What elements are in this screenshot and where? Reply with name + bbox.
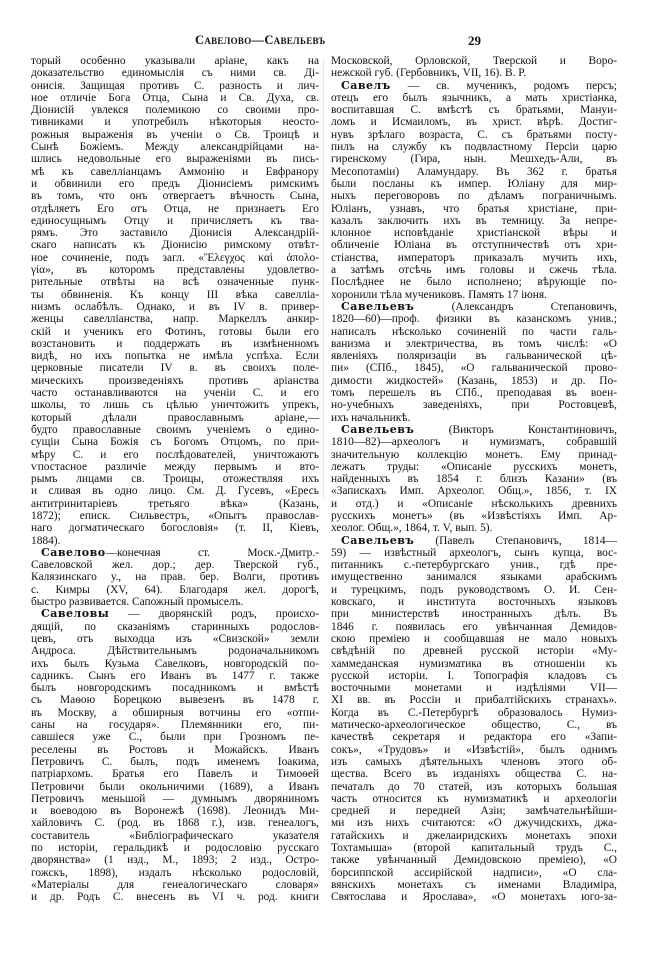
- text-line: Петровичъ С. былъ, подъ именемъ Іоакима,: [31, 756, 319, 768]
- column-divider: [323, 58, 324, 498]
- text-line: воспитавшая С. вмѣстѣ съ братьями, Мануи…: [331, 104, 617, 116]
- line-text: «Запискахъ Имп. Археолог. Общ.», 1856, т…: [331, 485, 617, 497]
- page-number: 29: [468, 33, 481, 49]
- line-text: скаго написать къ Діонисію римскому отвѣ…: [31, 239, 319, 251]
- text-line: въ Москву, а обширныя вотчины его «отпи-: [31, 707, 319, 719]
- line-text: гожскъ, 1898), издалъ нѣсколько родослов…: [31, 867, 319, 879]
- line-text: хайловичъ С. (род. въ 1868 г.), изв. ген…: [31, 817, 319, 829]
- line-text: Андроса. Дѣйствительнымъ родоначальником…: [31, 645, 319, 657]
- line-text: садникъ. Сынъ его Иванъ въ 1477 г. также: [31, 670, 319, 682]
- text-line: который дѣлали православнымъ аріане,—: [31, 412, 319, 424]
- text-line: ломъ и Исмаиломъ, въ христ. вѣрѣ. Достиг…: [331, 116, 617, 128]
- line-text: написалъ нѣсколько сочиненій по части га…: [331, 326, 617, 338]
- line-text: «Матеріалы для генеалогическаго словаря»: [31, 879, 319, 891]
- line-text: гиренскому (Гира, нын. Мешхедъ-Али, въ: [331, 153, 617, 165]
- text-line: онисія. Защищая противъ С. разность и ли…: [31, 80, 319, 92]
- text-line: гиренскому (Гира, нын. Мешхедъ-Али, въ: [331, 153, 617, 165]
- entry-headword: Савелово: [41, 546, 106, 559]
- text-line: средней и передней Азіи; замѣчательнѣйши…: [331, 805, 617, 817]
- text-line: мическихъ произведеніяхъ противъ аріанст…: [31, 375, 319, 387]
- text-line: видѣ, но ихъ попытка не имѣла успѣха. Ес…: [31, 350, 319, 362]
- line-text: —конечная ст. Моск.-Дмитр.-: [106, 547, 319, 559]
- text-line: отецъ его былъ язычникъ, а мать христіан…: [331, 92, 617, 104]
- line-text: торый особенно указывали аріане, какъ на: [31, 55, 319, 67]
- line-text: печаталъ до 70 статей, изъ которыхъ боль…: [331, 781, 617, 793]
- entry-headword: Савелъ: [341, 79, 391, 92]
- line-text: дящій, по сказаніямъ старинныхъ родослов…: [31, 621, 319, 633]
- line-text: шлись недовольные его выраженіями въ пис…: [31, 153, 319, 165]
- line-text: дворянства» (1 изд., М., 1893; 2 изд., О…: [31, 854, 319, 866]
- line-text: женцы савелліанства, напр. Маркеллъ анки…: [31, 313, 319, 325]
- text-line: составитель «Библіографическаго указател…: [31, 830, 319, 842]
- text-line: томъ перешелъ въ СПб., преподавая въ вое…: [331, 387, 617, 399]
- text-line: лежатъ труды: «Описаніе русскихъ монетъ,: [331, 461, 617, 473]
- text-line: доказательство единомыслія съ ними св. Д…: [31, 67, 319, 79]
- line-text: (Александръ Степановичъ,: [414, 301, 617, 313]
- line-text: скій и ученикъ его Фотинъ, готовы были е…: [31, 326, 319, 338]
- text-line: школы, то лишь съ цѣлью уничтожить упрек…: [31, 399, 319, 411]
- text-line: качествѣ секретаря и редактора его «Запи…: [331, 731, 617, 743]
- text-line: димости жидкостей» (Казань, 1853) и др. …: [331, 375, 617, 387]
- text-line: Тохтамыша» (второй капитальный трудъ С.,: [331, 842, 617, 854]
- text-line: имущественно занимался языками арабскимъ: [331, 571, 617, 583]
- text-line: ты обвиненія. Къ концу III вѣка савелліа…: [31, 289, 319, 301]
- text-line: патріархомъ. Братья его Павелъ и Тимоѳей: [31, 768, 319, 780]
- text-line: Московской, Орловской, Тверской и Воро-: [331, 55, 617, 67]
- text-line: 1846 г. появилась его увѣнчанная Демидов…: [331, 621, 617, 633]
- text-line: ковскаго, и института восточныхъ языковъ: [331, 596, 617, 608]
- line-text: пи» (СПб., 1845), «О гальванической пров…: [331, 362, 617, 374]
- line-text: отецъ его былъ язычникъ, а мать христіан…: [331, 92, 617, 104]
- text-line: свѣдѣній по древней русской исторіи «Му-: [331, 645, 617, 657]
- line-text: найденныхъ въ 1854 г. близъ Казани» (въ: [331, 473, 617, 485]
- text-line: гатайскихъ и джелаиридскихъ монетахъ эпо…: [331, 830, 617, 842]
- text-line: въ томъ, что онъ отвергаетъ вѣчность Сын…: [31, 190, 319, 202]
- text-line: сокъ», «Трудовъ» и «Извѣстій», былъ одни…: [331, 744, 617, 756]
- text-line: и обвинили его предъ Діонисіемъ римскимъ: [31, 178, 319, 190]
- text-line: 1820—60)—проф. физики въ казанскомъ унив…: [331, 313, 617, 325]
- text-line: цевъ, отъ выходца изъ «Свизской» земли: [31, 633, 319, 645]
- text-line: скій и ученикъ его Фотинъ, готовы были е…: [31, 326, 319, 338]
- line-text: Тохтамыша» (второй капитальный трудъ С.,: [331, 842, 617, 854]
- text-line: савшіеся уже С., были при Грозномъ пе-: [31, 731, 319, 743]
- text-line: садникъ. Сынъ его Иванъ въ 1477 г. также: [31, 670, 319, 682]
- line-text: средней и передней Азіи; замѣчательнѣйши…: [331, 805, 617, 817]
- line-text: часто останавливаются на ученіи С. и его: [31, 387, 319, 399]
- text-line: единосущнымъ Отцу и причисляетъ къ тва-: [31, 215, 319, 227]
- line-text: скою преміею и сообщавшая не мало новыхъ: [331, 633, 617, 645]
- line-text: воспитавшая С. вмѣстѣ съ братьями, Мануи…: [331, 104, 617, 116]
- line-text: савшіеся уже С., были при Грозномъ пе-: [31, 731, 319, 743]
- line-text: ми изъ нихъ считаются: «О джучидскихъ, д…: [331, 817, 617, 829]
- line-text: отдѣляетъ Его отъ Отца, не признаетъ Его: [31, 203, 319, 215]
- line-text: 1872); еписк. Сильвестръ, «Опытъ правосл…: [31, 510, 319, 522]
- text-line: низмъ ослабѣлъ. Однако, и въ IV в. приве…: [31, 301, 319, 313]
- line-text: ковскаго, и института восточныхъ языковъ: [331, 596, 617, 608]
- text-line: Діонисій увлекся полемикою со своими про…: [31, 104, 319, 116]
- text-line: ванизма и электричества, въ томъ числѣ: …: [331, 338, 617, 350]
- text-line: скою преміею и сообщавшая не мало новыхъ: [331, 633, 617, 645]
- line-text: свѣдѣній по древней русской исторіи «Му-: [331, 645, 617, 657]
- text-line: Сынѣ Божіемъ. Между александрійцами на-: [31, 141, 319, 153]
- line-text: съ Маѳою Борецкою вывезенъ въ 1478 г.: [31, 694, 319, 706]
- text-line: ное отличіе Бога Отца, Сына и Св. Духа, …: [31, 92, 319, 104]
- line-text: нувъ зрѣлаго возраста, С. съ братьями по…: [331, 129, 617, 141]
- line-text: и обвинили его предъ Діонисіемъ римскимъ: [31, 178, 319, 190]
- line-text: Діонисій увлекся полемикою со своими про…: [31, 104, 319, 116]
- text-line: изъ самыхъ дѣятельныхъ членовъ этого об-: [331, 756, 617, 768]
- line-text: былъ новгородскимъ посадникомъ и вмѣстѣ: [31, 682, 319, 694]
- left-column: торый особенно указывали аріане, какъ на…: [31, 55, 319, 903]
- line-text: видѣ, но ихъ попытка не имѣла успѣха. Ес…: [31, 350, 319, 362]
- line-text: Петровичъ меньшой — думнымъ дворяниномъ: [31, 793, 319, 805]
- text-line: Юліанъ, узнавъ, что братья христіане, пр…: [331, 203, 617, 215]
- line-text: восточными монетами и издѣліями VII—: [331, 682, 617, 694]
- entry-headword: Савеловы: [41, 607, 109, 620]
- entry-first-line: Савелово—конечная ст. Моск.-Дмитр.-: [31, 547, 319, 559]
- text-line: часть относится къ нумизматикѣ и археоло…: [331, 793, 617, 805]
- line-text: казалъ заключить ихъ въ темницу. За непр…: [331, 215, 617, 227]
- line-text: хеолог. Общ.», 1864, т. V, вып. 5).: [331, 522, 492, 534]
- text-line: клонное исповѣданіе христіанской вѣры и: [331, 227, 617, 239]
- line-text: ихъ начальникѣ.: [331, 412, 410, 424]
- line-text: патріархомъ. Братья его Павелъ и Тимоѳей: [31, 768, 319, 780]
- line-text: низмъ ослабѣлъ. Однако, и въ IV в. приве…: [31, 301, 319, 313]
- line-text: и др. Родъ С. внесенъ въ VI ч. род. книг…: [31, 891, 319, 903]
- line-text: доказательство единомыслія съ ними св. Д…: [31, 67, 319, 79]
- text-line: также увѣнчанный Демидовскою преміею), «…: [331, 854, 617, 866]
- line-text: лежатъ труды: «Описаніе русскихъ монетъ,: [331, 461, 617, 473]
- text-line: часто останавливаются на ученіи С. и его: [31, 387, 319, 399]
- text-line: написалъ нѣсколько сочиненій по части га…: [331, 326, 617, 338]
- line-text: реселены въ Ростовъ и Можайскъ. Иванъ: [31, 744, 319, 756]
- text-line: ныхъ переговоровъ по дѣламъ пограничнымъ…: [331, 190, 617, 202]
- line-text: ихъ былъ Кузьма Савелковъ, новгородскій …: [31, 658, 319, 670]
- text-line: 1872); еписк. Сильвестръ, «Опытъ правосл…: [31, 510, 319, 522]
- line-text: хаммеданская нумизматика въ отношеніи къ: [331, 658, 617, 670]
- line-text: — св. мученикъ, родомъ персъ;: [391, 80, 617, 92]
- text-line: саны на государя». Племянники его, пи-: [31, 719, 319, 731]
- text-line: тивниками и употребилъ нѣкоторыя неосто-: [31, 116, 319, 128]
- line-text: единосущнымъ Отцу и причисляетъ къ тва-: [31, 215, 319, 227]
- text-line: при министерствѣ иностранныхъ дѣлъ. Въ: [331, 608, 617, 620]
- line-text: явленіяхъ поляризаціи въ гальванической …: [331, 350, 617, 362]
- line-text: хоронили тѣла мучениковъ. Память 17 іюня…: [331, 289, 547, 301]
- text-line: и сливая въ одно лицо. См. Д. Гусевъ, «Е…: [31, 485, 319, 497]
- line-text: мѣ къ савелліанцамъ Аммонію и Евфранору: [31, 166, 319, 178]
- line-text: пилъ на службу къ подвластному Персіи ца…: [331, 141, 617, 153]
- text-line: но-учебныхъ заведеніяхъ, при Ростовцевѣ,: [331, 399, 617, 411]
- line-text: гатайскихъ и джелаиридскихъ монетахъ эпо…: [331, 830, 617, 842]
- line-text: сущіи Сына Божія съ Богомъ Отцомъ, по пр…: [31, 436, 319, 448]
- line-text: часть относится къ нумизматикѣ и археоло…: [331, 793, 617, 805]
- text-line: обличеніе Юліана въ отступничествѣ отъ х…: [331, 239, 617, 251]
- line-text: цевъ, отъ выходца изъ «Свизской» земли: [31, 633, 319, 645]
- text-line: по исторіи, геральдикѣ и родословію русс…: [31, 842, 319, 854]
- text-line: скаго написать къ Діонисію римскому отвѣ…: [31, 239, 319, 251]
- line-text: матическо-археологическое общество, С., …: [331, 719, 617, 731]
- line-text: саны на государя». Племянники его, пи-: [31, 719, 319, 731]
- line-text: Святослава и Ярослава», «О монетахъ юго-…: [331, 891, 617, 903]
- text-line: ное сочиненіе, подъ загл. «Ἔλεγχος καὶ ἀ…: [31, 252, 319, 264]
- text-line: вянскихъ монетахъ съ именами Владиміра,: [331, 879, 617, 891]
- text-line: русскихъ монетъ» (въ «Извѣстіяхъ Имп. Ар…: [331, 510, 617, 522]
- line-text: обличеніе Юліана въ отступничествѣ отъ х…: [331, 239, 617, 251]
- text-line: и др. Родъ С. внесенъ въ VI ч. род. книг…: [31, 891, 319, 903]
- line-text: возстановить и поддержать въ измѣненномъ: [31, 338, 319, 350]
- text-line: 59) — извѣстный археологъ, сынъ купца, в…: [331, 547, 617, 559]
- entry-first-line: Савельевъ (Павелъ Степановичъ, 1814—: [331, 535, 617, 547]
- line-text: ѵпостасное различіе между первымъ и вто-: [31, 461, 319, 473]
- line-text: питанникъ с.-петербургскаго унив., гдѣ п…: [331, 559, 617, 571]
- line-text: Сынѣ Божіемъ. Между александрійцами на-: [31, 141, 319, 153]
- line-text: димости жидкостей» (Казань, 1853) и др. …: [331, 375, 617, 387]
- line-text: Савеловской жел. дор.; дер. Тверской губ…: [31, 559, 319, 571]
- line-text: вянскихъ монетахъ съ именами Владиміра,: [331, 879, 617, 891]
- right-column: Московской, Орловской, Тверской и Воро-н…: [331, 55, 617, 903]
- text-line: мѣру С. и его послѣдователей, уничтожают…: [31, 449, 319, 461]
- text-line: а затѣмъ отсѣчь имъ головы и сжечь тѣла.: [331, 264, 617, 276]
- text-line: ѵпостасное различіе между первымъ и вто-: [31, 461, 319, 473]
- line-text: ное отличіе Бога Отца, Сына и Св. Духа, …: [31, 92, 319, 104]
- line-text: сокъ», «Трудовъ» и «Извѣстій», былъ одни…: [331, 744, 617, 756]
- page-header-title: Савелово—Савельевъ: [195, 33, 326, 48]
- entry-headword: Савельевъ: [341, 300, 414, 313]
- text-line: «Матеріалы для генеалогическаго словаря»: [31, 879, 319, 891]
- text-line: были посланы къ импер. Юліану для мир-: [331, 178, 617, 190]
- text-line: Месопотаміи) Аламундару. Въ 362 г. брать…: [331, 166, 617, 178]
- line-text: щества. Всего въ изданіяхъ общества С. н…: [331, 768, 617, 780]
- text-line: «Запискахъ Имп. Археолог. Общ.», 1856, т…: [331, 485, 617, 497]
- text-line: гожскъ, 1898), издалъ нѣсколько родослов…: [31, 867, 319, 879]
- text-line: Когда въ С.-Петербургѣ образовалось Нуми…: [331, 707, 617, 719]
- text-line: мѣ къ савелліанцамъ Аммонію и Евфранору: [31, 166, 319, 178]
- text-line: будто православные своимъ ученіемъ о еди…: [31, 424, 319, 436]
- text-line: нувъ зрѣлаго возраста, С. съ братьями по…: [331, 129, 617, 141]
- line-text: XI вв. въ Россіи и прибалтійскихъ страна…: [331, 694, 617, 706]
- line-text: 1884).: [31, 535, 60, 547]
- line-text: въ Москву, а обширныя вотчины его «отпи-: [31, 707, 319, 719]
- text-line: стіанства, императоръ приказалъ мучить и…: [331, 252, 617, 264]
- text-line: наго догматическаго богословія» (т. II, …: [31, 522, 319, 534]
- line-text: школы, то лишь съ цѣлью уничтожить упрек…: [31, 399, 319, 411]
- text-line: ихъ былъ Кузьма Савелковъ, новгородскій …: [31, 658, 319, 670]
- text-line: хайловичъ С. (род. въ 1868 г.), изв. ген…: [31, 817, 319, 829]
- line-text: и турецкимъ, подъ руководствомъ О. И. Се…: [331, 584, 617, 596]
- text-line: печаталъ до 70 статей, изъ которыхъ боль…: [331, 781, 617, 793]
- text-line: дворянства» (1 изд., М., 1893; 2 изд., О…: [31, 854, 319, 866]
- line-text: — дворянскій родъ, происхо-: [109, 608, 319, 620]
- line-text: быстро развивается. Сапожный промыселъ.: [31, 596, 243, 608]
- line-text: 1820—60)—проф. физики въ казанскомъ унив…: [331, 313, 617, 325]
- line-text: Месопотаміи) Аламундару. Въ 362 г. брать…: [331, 166, 617, 178]
- line-text: ванизма и электричества, въ томъ числѣ: …: [331, 338, 617, 350]
- running-header: Савелово—Савельевъ 29: [0, 33, 650, 49]
- line-text: борсиппской ассирійской надписи», «О сла…: [331, 867, 617, 879]
- text-line: пи» (СПб., 1845), «О гальванической пров…: [331, 362, 617, 374]
- text-line: значительную коллекцію монетъ. Ему прина…: [331, 449, 617, 461]
- line-text: ломъ и Исмаиломъ, въ христ. вѣрѣ. Достиг…: [331, 116, 617, 128]
- line-text: (Викторъ Константиновичъ,: [414, 424, 617, 436]
- line-text: (Павелъ Степановичъ, 1814—: [414, 535, 617, 547]
- text-line: реселены въ Ростовъ и Можайскъ. Иванъ: [31, 744, 319, 756]
- text-line: Святослава и Ярослава», «О монетахъ юго-…: [331, 891, 617, 903]
- text-line: хаммеданская нумизматика въ отношеніи къ: [331, 658, 617, 670]
- line-text: церковные писатели IV в. въ своихъ поле-: [31, 362, 319, 374]
- line-text: рожныя выраженія въ ученіи о Св. Троицѣ …: [31, 129, 319, 141]
- entry-first-line: Савельевъ (Александръ Степановичъ,: [331, 301, 617, 313]
- entry-first-line: Савельевъ (Викторъ Константиновичъ,: [331, 424, 617, 436]
- line-text: томъ перешелъ въ СПб., преподавая въ вое…: [331, 387, 617, 399]
- text-line: борсиппской ассирійской надписи», «О сла…: [331, 867, 617, 879]
- line-text: ты обвиненія. Къ концу III вѣка савелліа…: [31, 289, 319, 301]
- line-text: и отд.) и «Описаніе нѣсколькихъ древнихъ: [331, 498, 617, 510]
- text-line: антитринитаріевъ третьяго вѣка» (Казань,: [31, 498, 319, 510]
- line-text: рительные отвѣты на всѣ означенные пунк-: [31, 276, 319, 288]
- line-text: 59) — извѣстный археологъ, сынъ купца, в…: [331, 547, 617, 559]
- text-line: отдѣляетъ Его отъ Отца, не признаетъ Его: [31, 203, 319, 215]
- text-line: найденныхъ въ 1854 г. близъ Казани» (въ: [331, 473, 617, 485]
- line-text: составитель «Библіографическаго указател…: [31, 830, 319, 842]
- line-text: при министерствѣ иностранныхъ дѣлъ. Въ: [331, 608, 617, 620]
- line-text: русскихъ монетъ» (въ «Извѣстіяхъ Имп. Ар…: [331, 510, 617, 522]
- text-line: рямъ. Это заставило Діонисія Александрій…: [31, 227, 319, 239]
- entry-headword: Савельевъ: [341, 534, 414, 547]
- text-line: торый особенно указывали аріане, какъ на: [31, 55, 319, 67]
- text-line: Петровичи были окольничими (1689), а Ива…: [31, 781, 319, 793]
- line-text: антитринитаріевъ третьяго вѣка» (Казань,: [31, 498, 319, 510]
- line-text: и воеводою въ Воронежѣ (1698). Леонидъ М…: [31, 805, 319, 817]
- text-line: щества. Всего въ изданіяхъ общества С. н…: [331, 768, 617, 780]
- line-text: онисія. Защищая противъ С. разность и ли…: [31, 80, 319, 92]
- entry-first-line: Савеловы — дворянскій родъ, происхо-: [31, 608, 319, 620]
- line-text: тивниками и употребилъ нѣкоторыя неосто-: [31, 116, 319, 128]
- entry-first-line: Савелъ — св. мученикъ, родомъ персъ;: [331, 80, 617, 92]
- line-text: имущественно занимался языками арабскимъ: [331, 571, 617, 583]
- line-text: мѣру С. и его послѣдователей, уничтожают…: [31, 449, 319, 461]
- line-text: русской исторіи. I. Топографія кладовъ с…: [331, 670, 617, 682]
- text-line: восточными монетами и издѣліями VII—: [331, 682, 617, 694]
- line-text: мическихъ произведеніяхъ противъ аріанст…: [31, 375, 319, 387]
- line-text: въ томъ, что онъ отвергаетъ вѣчность Сын…: [31, 190, 319, 202]
- line-text: также увѣнчанный Демидовскою преміею), «…: [331, 854, 617, 866]
- line-text: значительную коллекцію монетъ. Ему прина…: [331, 449, 617, 461]
- text-line: рымъ лицами св. Троицы, отожествляя ихъ: [31, 473, 319, 485]
- text-line: и отд.) и «Описаніе нѣсколькихъ древнихъ: [331, 498, 617, 510]
- line-text: который дѣлали православнымъ аріане,—: [31, 412, 319, 424]
- text-line: 1810—82)—археологъ и нумизматъ, собравші…: [331, 436, 617, 448]
- line-text: Послѣднее не было исполнено; вѣрующіе по…: [331, 276, 617, 288]
- text-line: XI вв. въ Россіи и прибалтійскихъ страна…: [331, 694, 617, 706]
- line-text: Петровичи были окольничими (1689), а Ива…: [31, 781, 319, 793]
- text-line: с. Кимры (XV, 64). Благодаря жел. дорогѣ…: [31, 584, 319, 596]
- line-text: будто православные своимъ ученіемъ о еди…: [31, 424, 319, 436]
- line-text: стіанства, императоръ приказалъ мучить и…: [331, 252, 617, 264]
- line-text: 1846 г. появилась его увѣнчанная Демидов…: [331, 621, 617, 633]
- line-text: γία», въ которомъ представлены удовлетво…: [31, 264, 319, 276]
- text-line: пилъ на службу къ подвластному Персіи ца…: [331, 141, 617, 153]
- line-text: клонное исповѣданіе христіанской вѣры и: [331, 227, 617, 239]
- line-text: качествѣ секретаря и редактора его «Запи…: [331, 731, 617, 743]
- text-line: матическо-археологическое общество, С., …: [331, 719, 617, 731]
- text-line: сущіи Сына Божія съ Богомъ Отцомъ, по пр…: [31, 436, 319, 448]
- text-line: возстановить и поддержать въ измѣненномъ: [31, 338, 319, 350]
- text-line: шлись недовольные его выраженіями въ пис…: [31, 153, 319, 165]
- text-line: Послѣднее не было исполнено; вѣрующіе по…: [331, 276, 617, 288]
- text-line: женцы савелліанства, напр. Маркеллъ анки…: [31, 313, 319, 325]
- text-line: съ Маѳою Борецкою вывезенъ въ 1478 г.: [31, 694, 319, 706]
- text-line: γία», въ которомъ представлены удовлетво…: [31, 264, 319, 276]
- line-text: рымъ лицами св. Троицы, отожествляя ихъ: [31, 473, 319, 485]
- text-line: и турецкимъ, подъ руководствомъ О. И. Се…: [331, 584, 617, 596]
- text-line: Петровичъ меньшой — думнымъ дворяниномъ: [31, 793, 319, 805]
- text-line: былъ новгородскимъ посадникомъ и вмѣстѣ: [31, 682, 319, 694]
- line-text: но-учебныхъ заведеніяхъ, при Ростовцевѣ,: [331, 399, 617, 411]
- line-text: а затѣмъ отсѣчь имъ головы и сжечь тѣла.: [331, 264, 617, 276]
- line-text: по исторіи, геральдикѣ и родословію русс…: [31, 842, 319, 854]
- text-line: рожныя выраженія въ ученіи о Св. Троицѣ …: [31, 129, 319, 141]
- text-line: Андроса. Дѣйствительнымъ родоначальником…: [31, 645, 319, 657]
- text-line: и воеводою въ Воронежѣ (1698). Леонидъ М…: [31, 805, 319, 817]
- line-text: Когда въ С.-Петербургѣ образовалось Нуми…: [331, 707, 617, 719]
- line-text: Петровичъ С. былъ, подъ именемъ Іоакима,: [31, 756, 319, 768]
- text-line: Савеловской жел. дор.; дер. Тверской губ…: [31, 559, 319, 571]
- line-text: с. Кимры (XV, 64). Благодаря жел. дорогѣ…: [31, 584, 319, 596]
- line-text: изъ самыхъ дѣятельныхъ членовъ этого об-: [331, 756, 617, 768]
- line-text: наго догматическаго богословія» (т. II, …: [31, 522, 319, 534]
- line-text: и сливая въ одно лицо. См. Д. Гусевъ, «Е…: [31, 485, 319, 497]
- text-line: дящій, по сказаніямъ старинныхъ родослов…: [31, 621, 319, 633]
- text-line: явленіяхъ поляризаціи въ гальванической …: [331, 350, 617, 362]
- line-text: рямъ. Это заставило Діонисія Александрій…: [31, 227, 319, 239]
- text-line: ми изъ нихъ считаются: «О джучидскихъ, д…: [331, 817, 617, 829]
- line-text: Юліанъ, узнавъ, что братья христіане, пр…: [331, 203, 617, 215]
- line-text: 1810—82)—археологъ и нумизматъ, собравші…: [331, 436, 617, 448]
- line-text: нежской губ. (Гербовникъ, VII, 16). В. Р…: [331, 67, 526, 79]
- text-line: русской исторіи. I. Топографія кладовъ с…: [331, 670, 617, 682]
- entry-headword: Савельевъ: [341, 423, 414, 436]
- text-line: церковные писатели IV в. въ своихъ поле-: [31, 362, 319, 374]
- line-text: Калязинскаго у., на прав. бер. Волги, пр…: [31, 571, 319, 583]
- line-text: Московской, Орловской, Тверской и Воро-: [331, 55, 617, 67]
- text-line: рительные отвѣты на всѣ означенные пунк-: [31, 276, 319, 288]
- line-text: ное сочиненіе, подъ загл. «Ἔλεγχος καὶ ἀ…: [31, 252, 319, 264]
- line-text: ныхъ переговоровъ по дѣламъ пограничнымъ…: [331, 190, 617, 202]
- text-line: Калязинскаго у., на прав. бер. Волги, пр…: [31, 571, 319, 583]
- text-line: питанникъ с.-петербургскаго унив., гдѣ п…: [331, 559, 617, 571]
- text-line: казалъ заключить ихъ въ темницу. За непр…: [331, 215, 617, 227]
- line-text: были посланы къ импер. Юліану для мир-: [331, 178, 617, 190]
